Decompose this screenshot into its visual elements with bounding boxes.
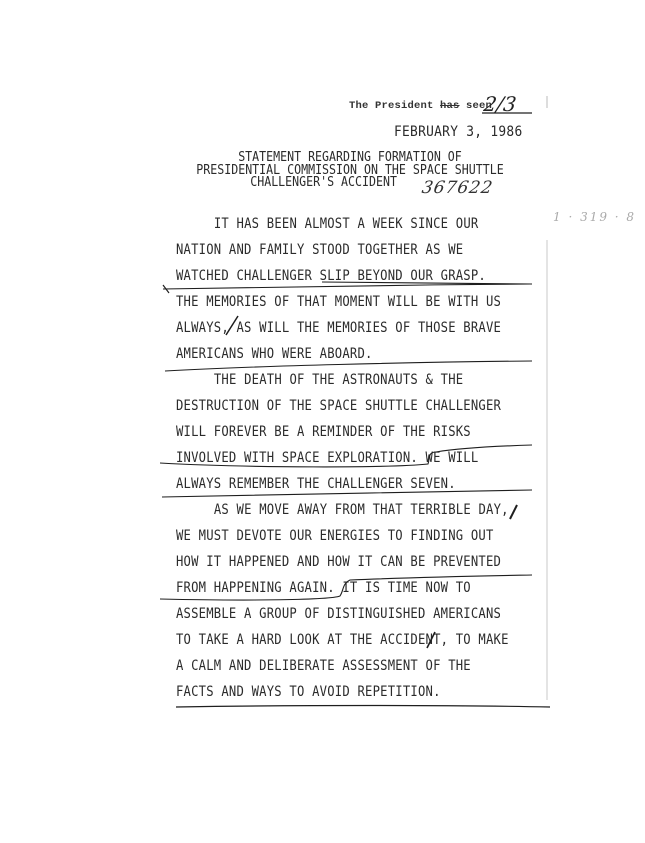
stamp-struck-word: has [440,100,460,112]
statement-line: THE DEATH OF THE ASTRONAUTS & THE [176,372,463,388]
document-page: The President has seen 2/3 FEBRUARY 3, 1… [0,0,645,843]
statement-line: IT HAS BEEN ALMOST A WEEK SINCE OUR [176,216,478,232]
statement-line: WILL FOREVER BE A REMINDER OF THE RISKS [176,424,471,440]
statement-line: TO TAKE A HARD LOOK AT THE ACCIDENT, TO … [176,632,509,648]
bracket-line-1 [163,284,530,289]
statement-line: INVOLVED WITH SPACE EXPLORATION. WE WILL [176,450,478,466]
document-date: FEBRUARY 3, 1986 [394,124,522,140]
margin-note: 1 · 319 · 8 [553,210,636,224]
statement-line: ALWAYS, AS WILL THE MEMORIES OF THOSE BR… [176,320,501,336]
statement-line: WATCHED CHALLENGER SLIP BEYOND OUR GRASP… [176,268,486,284]
handwritten-seen-date: 2/3 [482,92,518,116]
statement-line: WE MUST DEVOTE OUR ENERGIES TO FINDING O… [176,528,494,544]
final-underline [176,706,550,708]
handwritten-annotations [0,0,645,843]
statement-line: ALWAYS REMEMBER THE CHALLENGER SEVEN. [176,476,456,492]
tick-mark-1 [163,285,169,293]
statement-line: AS WE MOVE AWAY FROM THAT TERRIBLE DAY, [176,502,509,518]
check-terrible-day [510,505,517,519]
statement-line: AMERICANS WHO WERE ABOARD. [176,346,373,362]
statement-line: NATION AND FAMILY STOOD TOGETHER AS WE [176,242,463,258]
statement-line: FACTS AND WAYS TO AVOID REPETITION. [176,684,441,700]
handwritten-document-number: 367622 [420,178,494,198]
bracket-line-2 [165,361,532,371]
statement-line: ASSEMBLE A GROUP OF DISTINGUISHED AMERIC… [176,606,501,622]
stamp-prefix: The President [349,100,440,112]
statement-line: THE MEMORIES OF THAT MOMENT WILL BE WITH… [176,294,501,310]
statement-line: DESTRUCTION OF THE SPACE SHUTTLE CHALLEN… [176,398,501,414]
statement-line: HOW IT HAPPENED AND HOW IT CAN BE PREVEN… [176,554,501,570]
statement-line: A CALM AND DELIBERATE ASSESSMENT OF THE [176,658,471,674]
president-seen-stamp: The President has seen [349,100,492,112]
statement-line: FROM HAPPENING AGAIN. IT IS TIME NOW TO [176,580,471,596]
